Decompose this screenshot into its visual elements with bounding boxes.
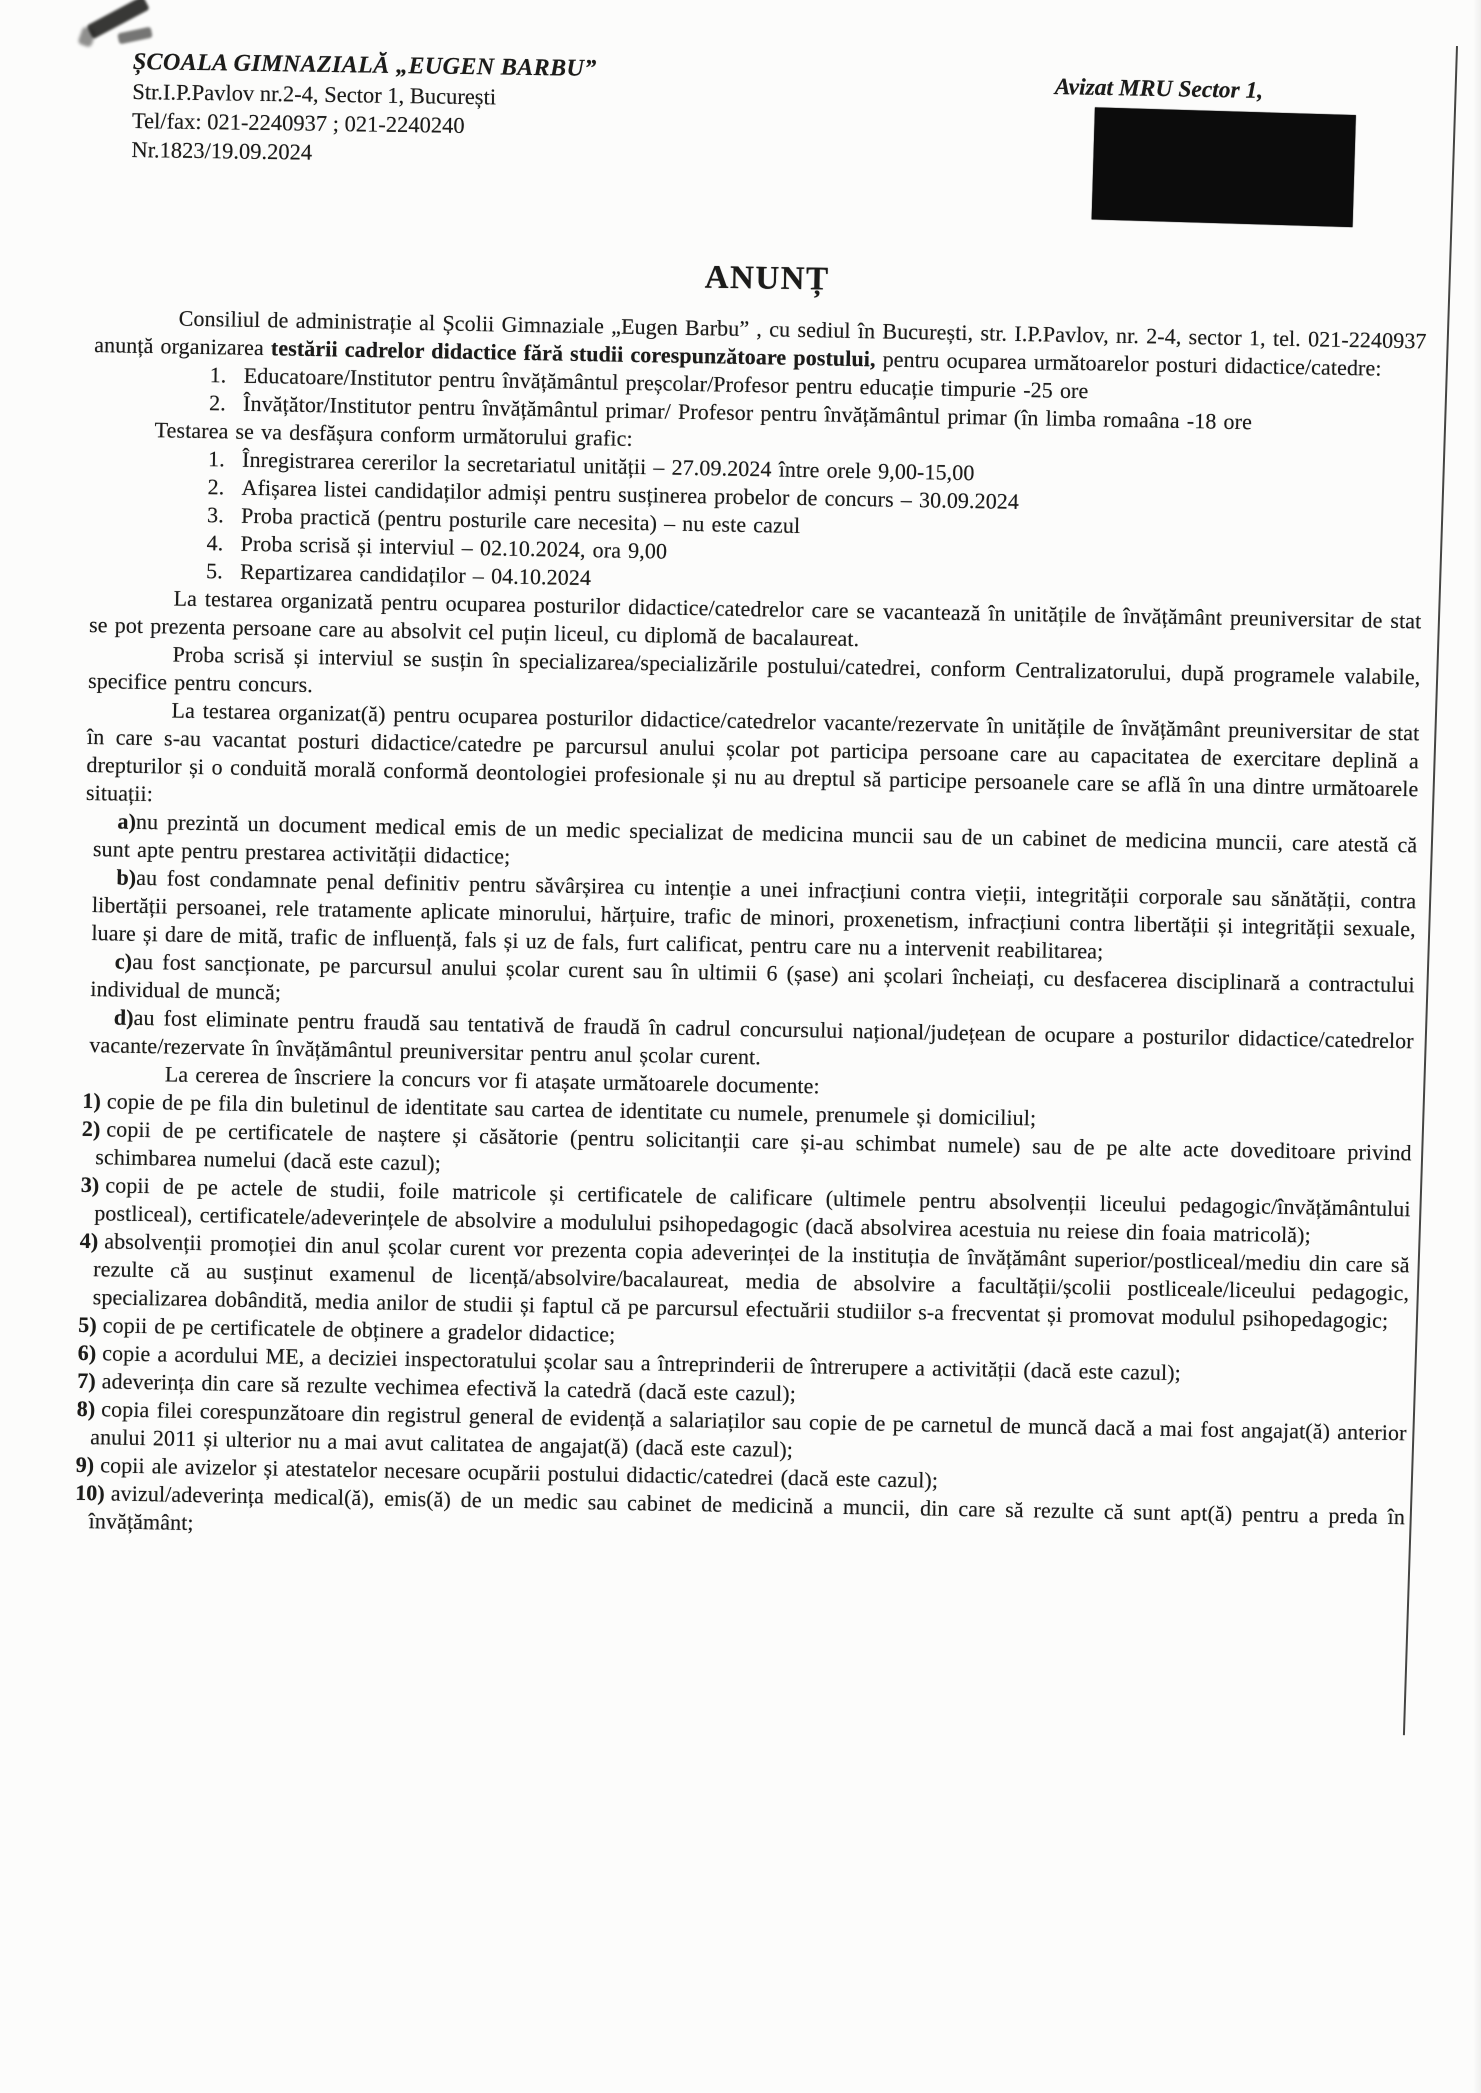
list-marker: 2. [209,389,244,418]
approval-block: Avizat MRU Sector 1, [1052,74,1395,227]
document-marker: 4) [80,1228,99,1253]
list-marker: 1. [208,445,243,474]
document-marker: 10) [75,1480,105,1506]
list-marker: 1. [209,361,244,390]
list-marker: 3. [207,501,242,530]
approval-label: Avizat MRU Sector 1, [1054,74,1394,108]
condition-marker: c) [115,948,133,973]
document-marker: 1) [82,1088,101,1113]
page-edge-shadow [1473,0,1481,2093]
scanned-document-page: ȘCOALA GIMNAZIALĂ „EUGEN BARBU” Str.I.P.… [0,0,1481,2093]
condition-marker: d) [114,1004,134,1029]
list-marker: 5. [206,557,241,586]
document-marker: 9) [75,1452,94,1477]
condition-marker: a) [117,809,136,834]
scan-smudge-artifact [117,27,153,45]
redacted-signature-stamp [1092,107,1356,227]
page-title: ANUNȚ [94,250,1439,308]
list-item-text: Repartizarea candidaților – 04.10.2024 [240,559,591,590]
scan-smudge-artifact [77,26,96,48]
list-marker: 2. [207,473,242,502]
condition-marker: b) [116,864,136,889]
registration-number: Nr.1823/19.09.2024 [131,135,595,171]
document-marker: 6) [78,1340,97,1365]
document-marker: 2) [82,1116,101,1141]
schedule-list: 1.Înregistrarea cererilor la secretariat… [90,443,1424,607]
document-marker: 8) [77,1396,96,1421]
document-marker: 3) [81,1172,100,1197]
letterhead: ȘCOALA GIMNAZIALĂ „EUGEN BARBU” Str.I.P.… [131,48,597,171]
document-marker: 7) [77,1368,96,1393]
document-marker: 5) [78,1312,97,1337]
document-body: Consiliul de administrație al Școlii Gim… [72,303,1426,1559]
list-marker: 4. [206,529,241,558]
